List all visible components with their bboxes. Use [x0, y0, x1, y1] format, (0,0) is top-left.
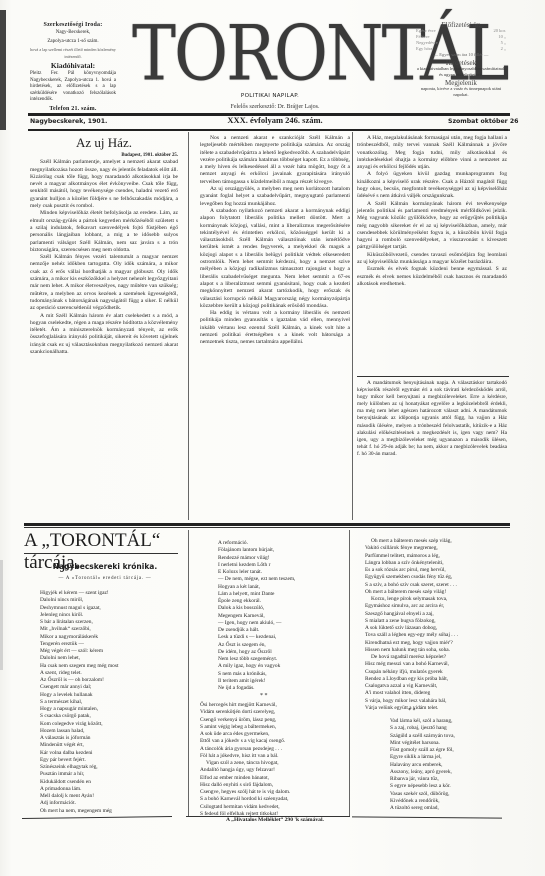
poem-line: Asszony, leány, apró gyerek,	[390, 769, 455, 776]
column-divider	[352, 132, 353, 520]
poem-line: Az Őszről is — oh borzalom!	[40, 677, 118, 684]
poem-line: A szent, rideg telet.	[40, 670, 118, 677]
editorial-office-heading: Szerkesztőségi Iroda:	[30, 22, 116, 28]
poem-line: S nem más a krónikás,	[218, 671, 295, 678]
poem-line: Csupán néhány ifjú, mulatós gyerek	[365, 669, 458, 676]
poem-line: Csengett már annyi dal;	[40, 684, 118, 691]
poem-line: Deshymnust magul s igazat,	[40, 605, 118, 612]
poem-line: Lesk a tüzdi s — kezdenai,	[218, 634, 295, 641]
poem-line: Kidukáldott csendén en	[40, 779, 118, 786]
poem-line: A sok üde arca édes gyermeken,	[200, 731, 290, 738]
poem-line: Kom colegedve virág között,	[40, 721, 118, 728]
poem-line: S mialatt a zene bugva fölzokog,	[365, 618, 458, 625]
article-byline: Budapest, 1901. október 25.	[30, 152, 178, 159]
poem-line: Vad lárma kél, szól a harang,	[390, 718, 455, 725]
article-paragraph: Ha eddig is vértanu volt a kormány liber…	[200, 310, 350, 346]
article-paragraph: A Széll Kálmán kormányának három évi tev…	[357, 201, 507, 252]
article-paragraph: A mit Széll Kálmán három év alatt cselek…	[30, 313, 178, 357]
publishing-office-heading: Kiadóhivatal:	[30, 63, 116, 69]
feuilleton-title-rule	[24, 553, 178, 554]
column-end-rule	[352, 816, 502, 818]
poem-line: A reformáció.	[218, 540, 295, 547]
poem-line: Kár volna dalba kezdeni	[40, 750, 118, 757]
poem-line: Vasas szekér szól, dübörög,	[390, 791, 455, 798]
article-paragraph: A folyó ügyeken kivül gazdag munkaprogra…	[357, 171, 507, 200]
newspaper-subtitle: POLITIKAI NAPILAP.	[200, 93, 340, 99]
poem-line: A mily igaz, hogy én vagyok	[218, 663, 295, 670]
poem-line: S a természet kihal,	[40, 699, 118, 706]
poem-line: Színészeink elhagytak rég,	[40, 764, 118, 771]
poem-part-3: Ősi hercegés hírt megjött Karnevál, Vidá…	[200, 702, 290, 818]
poem-line: Egyre siklik a lárma jel,	[390, 754, 455, 761]
poem-line: A primadonna lám.	[40, 786, 118, 793]
appears-text: naponta, kivéve a vasár és ünnepnapok ut…	[416, 86, 506, 98]
poem-line: Nem lesz több szegeményt.	[218, 656, 295, 663]
poem-line: Egy pár bevert fejért.	[40, 757, 118, 764]
poem-line: Vidám serenkötjén dorti szerelyeg,	[200, 709, 290, 716]
mandate-notice: A mandátumok benyujtásának napja. A vála…	[357, 380, 507, 458]
poem-line: Dalolni nincs miről,	[40, 597, 118, 604]
poem-line: De hová ragadtál merész képzelet?	[365, 654, 458, 661]
poem-line: Hogyan a két lanát,	[218, 584, 295, 591]
poem-line: Mindenütt végét ért,	[40, 742, 118, 749]
poem-line: Korzu, lenge pírok selymasak tova,	[365, 596, 458, 603]
poem-line: Halavány arcu emberek,	[390, 762, 455, 769]
poem-line: Hissen nem halunk meg tán soha, soha.	[365, 647, 458, 654]
editorial-office-note: hová a lap szellemi részét illető minden…	[30, 47, 116, 60]
section-stars: * *	[260, 693, 268, 699]
poem-line: Oh mert ha nem, megengem még	[40, 808, 118, 815]
poem-line: Ribanva jár, vánra tűz,	[390, 776, 455, 783]
poem-line: Pusztán immár a hír,	[40, 771, 118, 778]
poem-line: Ettől van a jókedv s a vig kacaj csengő.	[200, 738, 290, 745]
lead-article-col1: Az uj Ház. Budapest, 1901. október 25. S…	[30, 135, 178, 356]
dateline-rule	[28, 129, 510, 131]
poem-line: Csengve, hegyes szólj hát te is vig dalo…	[200, 789, 290, 796]
poem-line: S csacska csörgő patak,	[40, 713, 118, 720]
poem-line: Hogy a napsugár mintalen,	[40, 706, 118, 713]
poem-line: Egymáshoz simulva, arc az arcira ér,	[365, 603, 458, 610]
poem-line: S egyre népesebb lesz a kör.	[390, 783, 455, 790]
poem-line: Hisz dalló enyhiti s sirő fájdalom,	[200, 782, 290, 789]
poem-part-4: Oh mert a bálterem mesés szép világ, Vak…	[365, 538, 458, 712]
poem-line: De zsendjük a hált.	[218, 627, 295, 634]
poem-line: Ne ijd a fogadás.	[218, 685, 295, 692]
poem-line: Tengerén ereztük —	[40, 641, 118, 648]
poem-line: Együgyű szemekben csodás fény tűz ég,	[365, 574, 458, 581]
poem-line: S a szív, a bohó szív csak szeret, szere…	[365, 582, 458, 589]
poem-line: E Kolozs leler tanát.	[218, 569, 295, 576]
single-issue-price: — Egyes szám ára 10 fillér —	[416, 52, 506, 58]
poem-line: Szágúld a széll szárnyán tova,	[390, 733, 455, 740]
poem-part-2: A reformáció. Fölajánom lantom húrjait, …	[218, 540, 295, 692]
editorial-office-address: Zapolya-utcza 1-ső szám.	[30, 39, 116, 45]
poem-line: I nerletni kezdem Lőth r	[218, 562, 295, 569]
article-paragraph: Eszmék és elvek fognak küzdeni benne egy…	[357, 266, 507, 288]
lead-article-col3: A Ház, megalakulásának formaságai után, …	[357, 135, 507, 288]
poem-line: Lám a helyett, mint Dante	[218, 591, 295, 598]
poem-line: Ősi hercegés hírt megjött Karnevál,	[200, 702, 290, 709]
poem-line: Kivédőnek a rendőrök,	[390, 798, 455, 805]
poem-line: Épole zeng ekkorál.	[218, 598, 295, 605]
poem-line: Fölajánom lantom húrjait,	[218, 547, 295, 554]
subscription-box: Előfizetési ár: Egész évre20 kor. Félévr…	[416, 22, 506, 98]
editorial-office-city: Nagy-Becskerek,	[30, 30, 116, 36]
poem-line: Lángra lobban a szív önkényteleníti,	[365, 560, 458, 567]
poem-line: Andalító hangja úgy, ugy felzavar!	[200, 767, 290, 774]
poem-line: Dalok a kis bosszúló,	[218, 605, 295, 612]
poem-line: Hozem lassan halad,	[40, 728, 118, 735]
official-supplement-note: A „Hivatalos Melléklet“ 290 'k számával.	[200, 817, 350, 823]
poem-line: A táncolók ária gyorsan pezsdejeg . . .	[200, 746, 290, 753]
poem-line: S a zaj, robaj, ijesztő hang	[390, 725, 455, 732]
poem-line: Oh mert a bálterem mesés szép világ!	[365, 589, 458, 596]
poem-line: Elfod az ember minden bánatot,	[200, 775, 290, 782]
poem-line: Füst gomoly száll az égre föl,	[390, 747, 455, 754]
publishing-office-text: Pleitz Fer. Pál könyvnyomdája Nagybecske…	[30, 71, 116, 103]
article-headline: Az uj Ház.	[30, 135, 178, 151]
poem-line: Tova száll a légben egy-egy mély sóhaj .…	[365, 632, 458, 639]
newspaper-title: TORONTÁL	[132, 14, 417, 95]
editorial-office-box: Szerkesztőségi Iroda: Nagy-Becskerek, Za…	[30, 22, 116, 115]
poem-line: Csengő verkenyá üröm, lássz peng,	[200, 717, 290, 724]
notice-text: A mandátumok benyujtásának napja. A vála…	[357, 380, 507, 458]
poem-line: De idém, hogy az Őszről	[218, 649, 295, 656]
ads-text: a kiadóhivatalban legjutányosabban számí…	[416, 66, 506, 78]
dateline-volume: XXX. évfolyam 246. szám.	[200, 115, 350, 127]
poem-line: Kirendhatná ezt meg, hogy vajjon miér'?	[365, 640, 458, 647]
poem-line: Még végét ért — szól: kérem	[40, 648, 118, 655]
poem-line: Il teritem amit igérek!	[218, 678, 295, 685]
notice-divider	[357, 376, 509, 377]
poem-line: A választás is jóformán	[40, 735, 118, 742]
poem-line: Föl hát a jókedvre, hisz itt van a bál.	[200, 753, 290, 760]
article-paragraph: Kiküszöbölvezető, csendes tavaszi esőmód…	[357, 252, 507, 267]
poem-line: Hisz még messzi van a bohó Karnevál,	[365, 661, 458, 668]
poem-line: A tüzoltó sereg omlad,	[390, 805, 455, 812]
poem-line: Csilogtatd hermitan vidám kedvedet,	[200, 804, 290, 811]
poem-line: Csalogatva azzal a vig Karnevált,	[365, 683, 458, 690]
poem-part-5: Vad lárma kél, szól a harang, S a zaj, r…	[390, 718, 455, 812]
lead-article-col2: Nos a nemzeti akarat e szankcióját Széll…	[200, 135, 350, 347]
responsible-editor: Felelős szerkesztő: Dr. Brájjer Lajos.	[195, 104, 355, 110]
poem-line: A'i most valahol itten, didereg	[365, 690, 458, 697]
poem-line: Szeszgő hangjával elnyeli a zaj,	[365, 611, 458, 618]
article-paragraph: Nos a nemzeti akarat e szankcióját Széll…	[200, 135, 350, 186]
column-divider	[188, 530, 189, 816]
poem-line: Parfümmel telitett, mámoros a lég,	[365, 553, 458, 560]
poem-line: Az Őszt is szegem én,	[218, 642, 295, 649]
poem-line: Vakitó csillárok fénye megremeg,	[365, 545, 458, 552]
poem-line: Rendezzé mámor világ!	[218, 555, 295, 562]
poem-line: S várja, hogy mikor lesz valahára bál,	[365, 698, 458, 705]
column-end-rule	[22, 816, 172, 819]
poem-line: Jelenleg nincs kiről.	[40, 612, 118, 619]
article-paragraph: A szabadon nyilatkozó nemzeti akarat a k…	[200, 208, 350, 310]
article-paragraph: Széll Kálmán parlamentje, amelyet a nemz…	[30, 159, 178, 210]
scan-edge-shadow-lower	[0, 560, 3, 670]
column-divider	[349, 530, 350, 816]
poem-line: Hogy a levelek hullanak	[40, 692, 118, 699]
poem-line: Adj információt.	[40, 800, 118, 807]
poem-line: Higyjék el kérem — szent igaz!	[40, 590, 118, 597]
poem-line: Megengem Karnevál,	[218, 613, 295, 620]
feuilleton-rule-thin	[24, 527, 510, 528]
poem-line: S a bohó Karnevál hordod ki széenyadat,	[200, 796, 290, 803]
poem-line: — Igen, hogy nem akiuló, —	[218, 620, 295, 627]
article-paragraph: Széll Kálmán fényes vezéri talentumát a …	[30, 254, 178, 312]
newspaper-page: Szerkesztőségi Iroda: Nagy-Becskerek, Za…	[0, 0, 545, 876]
poem-line: Dalolni nem lehet,	[40, 655, 118, 662]
poem-line: — De nem, mégse, ezt nem teszem,	[218, 576, 295, 583]
poem-line: Rendez a Lloydban egy kis próba bált,	[365, 676, 458, 683]
article-paragraph: A Ház, megalakulásának formaságai után, …	[357, 135, 507, 171]
poem-line: Mit „hvilnak“ szerzőbi,	[40, 626, 118, 633]
article-paragraph: Minden képviselőház életét befolyásolja …	[30, 210, 178, 254]
scan-edge-shadow	[0, 10, 6, 130]
article-paragraph: Az uj országgyülés, a melyben meg nem ko…	[200, 186, 350, 208]
section-stars: * *	[408, 708, 416, 714]
poem-line: Mikor a nagymoráláskerék	[40, 634, 118, 641]
poem-part-1: Higyjék el kérem — szent igaz! Dalolni n…	[40, 590, 118, 815]
poem-line: Mint végitélet harsona.	[390, 740, 455, 747]
column-divider	[188, 132, 189, 520]
feuilleton-rule	[24, 523, 510, 526]
phone-number: Telefon 21. szám.	[30, 106, 116, 112]
feuilleton-title: Nagybecskereki krónika.	[30, 562, 180, 571]
poem-line: A sok lüktető szív lázasan dobog,	[365, 625, 458, 632]
feuilleton-subtitle: — A »Torontál« eredeti tárcája. —	[30, 576, 180, 581]
poem-line: Ha csak nem szegem meg még most	[40, 663, 118, 670]
poem-line: S amint végig lebeg a báltermeken,	[200, 724, 290, 731]
